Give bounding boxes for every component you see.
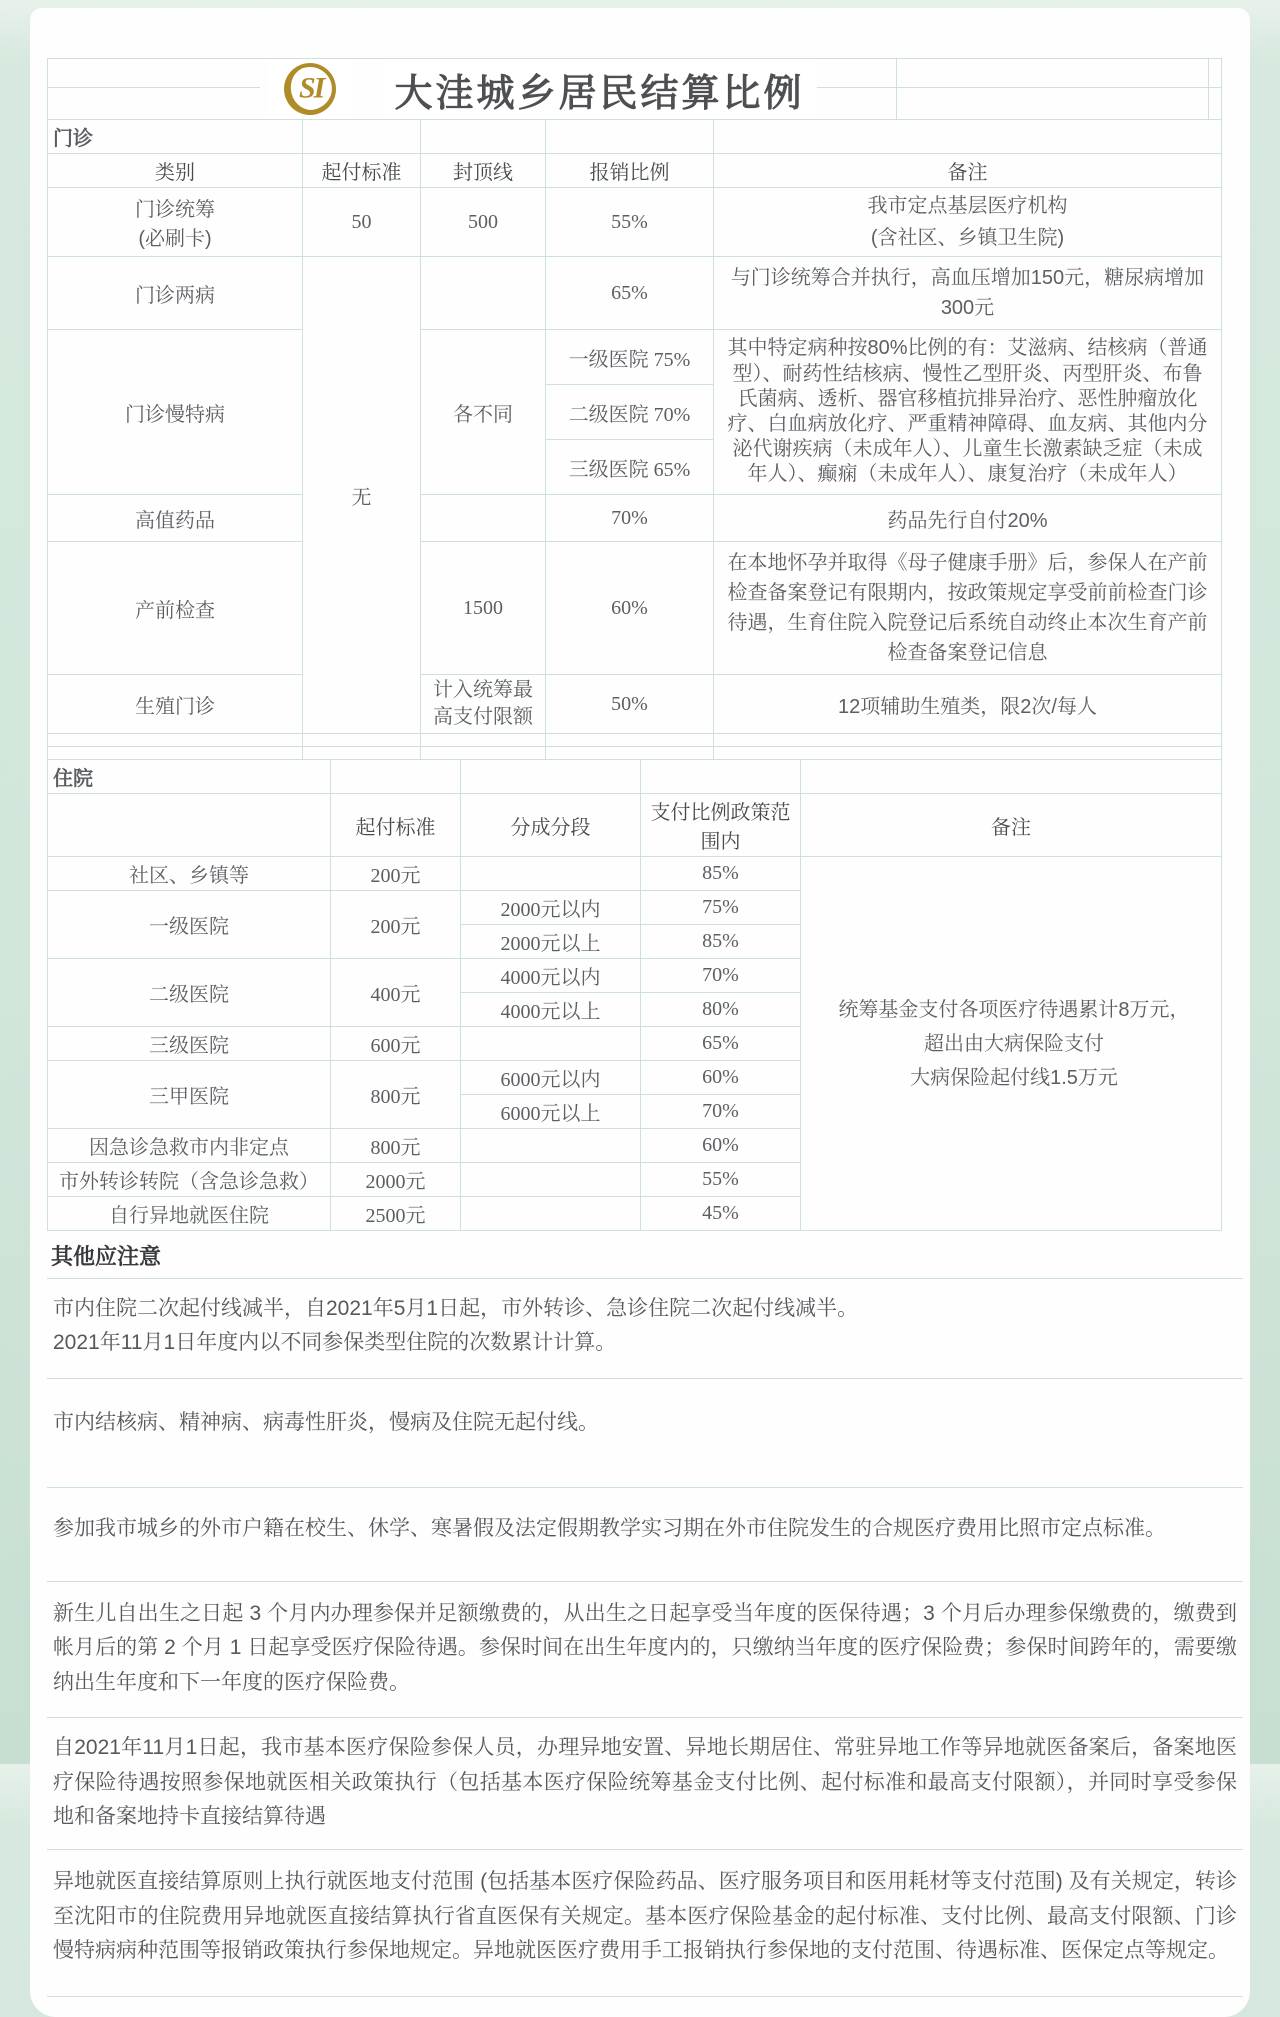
cell-name: 因急诊急救市内非定点: [48, 1129, 331, 1163]
cell-deductible: 2500元: [331, 1197, 461, 1231]
header-ratio: 报销比例: [546, 154, 714, 188]
cell-ratio: 60%: [641, 1129, 801, 1163]
row-mantebing: 门诊慢特病 各不同 一级医院 75% 其中特定病种按80%比例的有：艾滋病、结核…: [48, 330, 1222, 385]
cell-name: 门诊两病: [48, 257, 303, 330]
row-gaozhi: 高值药品 70% 药品先行自付20%: [48, 495, 1222, 542]
cell-deductible: 200元: [331, 891, 461, 959]
cell-ratio: 70%: [641, 1095, 801, 1129]
screenshot-root: { "header": { "logo_text": "SI", "title"…: [0, 0, 1280, 1764]
cell-name: 生殖门诊: [48, 675, 303, 734]
cell-name: 自行异地就医住院: [48, 1197, 331, 1231]
cell-name: 三级医院: [48, 1027, 331, 1061]
header-category: 类别: [48, 154, 303, 188]
page-title: 大洼城乡居民结算比例: [382, 62, 816, 117]
spacer-row: [48, 734, 1222, 747]
cell-ratio: 65%: [641, 1027, 801, 1061]
note-item: 异地就医直接结算原则上执行就医地支付范围 (包括基本医疗保险药品、医疗服务项目和…: [47, 1849, 1243, 1995]
cell-deductible: 200元: [331, 857, 461, 891]
cell-cap: 500: [421, 188, 546, 257]
cell-remark: 我市定点基层医疗机构 (含社区、乡镇卫生院): [714, 188, 1222, 257]
empty-cell: [331, 760, 461, 794]
grid-line: [1208, 59, 1209, 119]
brand-lockup: SI 大洼城乡居民结算比例: [0, 59, 1129, 119]
inpatient-section-row: 住院: [48, 760, 1222, 794]
cell-name: 门诊慢特病: [48, 330, 303, 495]
cell-remark: 在本地怀孕并取得《母子健康手册》后，参保人在产前检查备案登记有限期内，按政策规定…: [714, 542, 1222, 675]
cell-ratio: 65%: [546, 257, 714, 330]
empty-cell: [461, 857, 641, 891]
empty-cell: [801, 760, 1222, 794]
empty-cell: [421, 747, 546, 760]
empty-cell: [461, 1197, 641, 1231]
cell-remark: 其中特定病种按80%比例的有：艾滋病、结核病（普通型）、耐药性结核病、慢性乙型肝…: [714, 330, 1222, 495]
outpatient-header-row: 类别 起付标准 封顶线 报销比例 备注: [48, 154, 1222, 188]
cell-segment: 6000元以内: [461, 1061, 641, 1095]
cell-segment: 4000元以内: [461, 959, 641, 993]
row-shengzhi: 生殖门诊 计入统筹最 高支付限额 50% 12项辅助生殖类，限2次/每人: [48, 675, 1222, 734]
empty-cell: [461, 760, 641, 794]
cell-name: 社区、乡镇等: [48, 857, 331, 891]
empty-cell: [461, 1129, 641, 1163]
empty-cell: [48, 734, 303, 747]
row-shequ: 社区、乡镇等 200元 85% 统筹基金支付各项医疗待遇累计8万元， 超出由大病…: [48, 857, 1222, 891]
empty-cell: [303, 120, 421, 154]
empty-cell: [546, 747, 714, 760]
empty-cell: [421, 120, 546, 154]
cell-ratio: 55%: [546, 188, 714, 257]
cell-deductible: 50: [303, 188, 421, 257]
section-label-inpatient: 住院: [48, 760, 331, 794]
outpatient-section-row: 门诊: [48, 120, 1222, 154]
cell-deductible: 2000元: [331, 1163, 461, 1197]
header-deductible: 起付标准: [331, 794, 461, 857]
cell-ratio: 50%: [546, 675, 714, 734]
cell-segment: 6000元以上: [461, 1095, 641, 1129]
empty-cell: [421, 734, 546, 747]
empty-cell: [421, 257, 546, 330]
header-remark: 备注: [801, 794, 1222, 857]
cell-shared-deductible: 无: [303, 257, 421, 734]
cell-name: 高值药品: [48, 495, 303, 542]
cell-ratio-level3: 三级医院 65%: [546, 440, 714, 495]
empty-cell: [303, 747, 421, 760]
empty-cell: [48, 794, 331, 857]
row-chanqian: 产前检查 1500 60% 在本地怀孕并取得《母子健康手册》后，参保人在产前检查…: [48, 542, 1222, 675]
cell-name: 市外转诊转院（含急诊急救）: [48, 1163, 331, 1197]
empty-cell: [546, 734, 714, 747]
header-deductible: 起付标准: [303, 154, 421, 188]
inpatient-table: 住院 起付标准 分成分段 支付比例政策范围内 备注 社区、乡镇等 200元 85…: [47, 759, 1222, 1231]
note-item: 自2021年11月1日起，我市基本医疗保险参保人员，办理异地安置、异地长期居住、…: [47, 1717, 1243, 1849]
cell-ratio-level2: 二级医院 70%: [546, 385, 714, 440]
cell-ratio: 85%: [641, 857, 801, 891]
si-logo-text: SI: [300, 71, 324, 105]
cell-segment: 2000元以上: [461, 925, 641, 959]
cell-deductible: 800元: [331, 1061, 461, 1129]
empty-cell: [48, 747, 303, 760]
cell-ratio: 85%: [641, 925, 801, 959]
title-band: SI 大洼城乡居民结算比例: [47, 58, 1222, 120]
cell-remark: 药品先行自付20%: [714, 495, 1222, 542]
cell-deductible: 600元: [331, 1027, 461, 1061]
cell-ratio: 60%: [641, 1061, 801, 1095]
cell-cap: 计入统筹最 高支付限额: [421, 675, 546, 734]
cell-ratio: 80%: [641, 993, 801, 1027]
cell-ratio: 60%: [546, 542, 714, 675]
note-item: 新生儿自出生之日起 3 个月内办理参保并足额缴费的，从出生之日起享受当年度的医保…: [47, 1581, 1243, 1717]
cell-name: 二级医院: [48, 959, 331, 1027]
cell-name: 一级医院: [48, 891, 331, 959]
notes-section: 其他应注意 市内住院二次起付线减半，自2021年5月1日起，市外转诊、急诊住院二…: [47, 1231, 1243, 1997]
cell-ratio: 70%: [641, 959, 801, 993]
cell-remark: 与门诊统筹合并执行，高血压增加150元，糖尿病增加300元: [714, 257, 1222, 330]
header-remark: 备注: [714, 154, 1222, 188]
cell-ratio: 70%: [546, 495, 714, 542]
cell-cap: 1500: [421, 542, 546, 675]
note-item: 市内结核病、精神病、病毒性肝炎，慢病及住院无起付线。: [47, 1378, 1243, 1487]
cell-cap: 各不同: [421, 330, 546, 495]
cell-remark: 12项辅助生殖类，限2次/每人: [714, 675, 1222, 734]
cell-ratio: 45%: [641, 1197, 801, 1231]
notes-heading: 其他应注意: [47, 1231, 1243, 1278]
empty-cell: [714, 747, 1222, 760]
row-liangbing: 门诊两病 无 65% 与门诊统筹合并执行，高血压增加150元，糖尿病增加300元: [48, 257, 1222, 330]
cell-ratio: 55%: [641, 1163, 801, 1197]
outpatient-table: 门诊 类别 起付标准 封顶线 报销比例 备注 门诊统筹 (必刷卡) 50 500…: [47, 119, 1222, 760]
cell-deductible: 400元: [331, 959, 461, 1027]
empty-cell: [714, 734, 1222, 747]
cell-segment: 4000元以上: [461, 993, 641, 1027]
cell-segment: 2000元以内: [461, 891, 641, 925]
empty-cell: [546, 120, 714, 154]
row-tongchou: 门诊统筹 (必刷卡) 50 500 55% 我市定点基层医疗机构 (含社区、乡镇…: [48, 188, 1222, 257]
cell-deductible: 800元: [331, 1129, 461, 1163]
section-label-outpatient: 门诊: [48, 120, 303, 154]
note-item: 市内住院二次起付线减半，自2021年5月1日起，市外转诊、急诊住院二次起付线减半…: [47, 1278, 1243, 1378]
empty-cell: [461, 1163, 641, 1197]
cell-inpatient-remark: 统筹基金支付各项医疗待遇累计8万元， 超出由大病保险支付 大病保险起付线1.5万…: [801, 857, 1222, 1231]
empty-cell: [461, 1027, 641, 1061]
cell-name: 三甲医院: [48, 1061, 331, 1129]
inpatient-header-row: 起付标准 分成分段 支付比例政策范围内 备注: [48, 794, 1222, 857]
cell-ratio: 75%: [641, 891, 801, 925]
empty-cell: [303, 734, 421, 747]
header-segment: 分成分段: [461, 794, 641, 857]
header-cap: 封顶线: [421, 154, 546, 188]
empty-cell: [641, 760, 801, 794]
empty-cell: [421, 495, 546, 542]
document-sheet: SI 大洼城乡居民结算比例 门诊 类别 起付标准 封顶线 报销比例 备注: [30, 8, 1250, 2017]
cell-name: 产前检查: [48, 542, 303, 675]
cell-name: 门诊统筹 (必刷卡): [48, 188, 303, 257]
empty-cell: [714, 120, 1222, 154]
header-ratio: 支付比例政策范围内: [641, 794, 801, 857]
spacer-row: [48, 747, 1222, 760]
cell-ratio-level1: 一级医院 75%: [546, 330, 714, 385]
note-item: 参加我市城乡的外市户籍在校生、休学、寒暑假及法定假期教学实习期在外市住院发生的合…: [47, 1487, 1243, 1580]
si-logo-ring: SI: [279, 57, 342, 120]
si-logo: SI: [268, 59, 352, 119]
